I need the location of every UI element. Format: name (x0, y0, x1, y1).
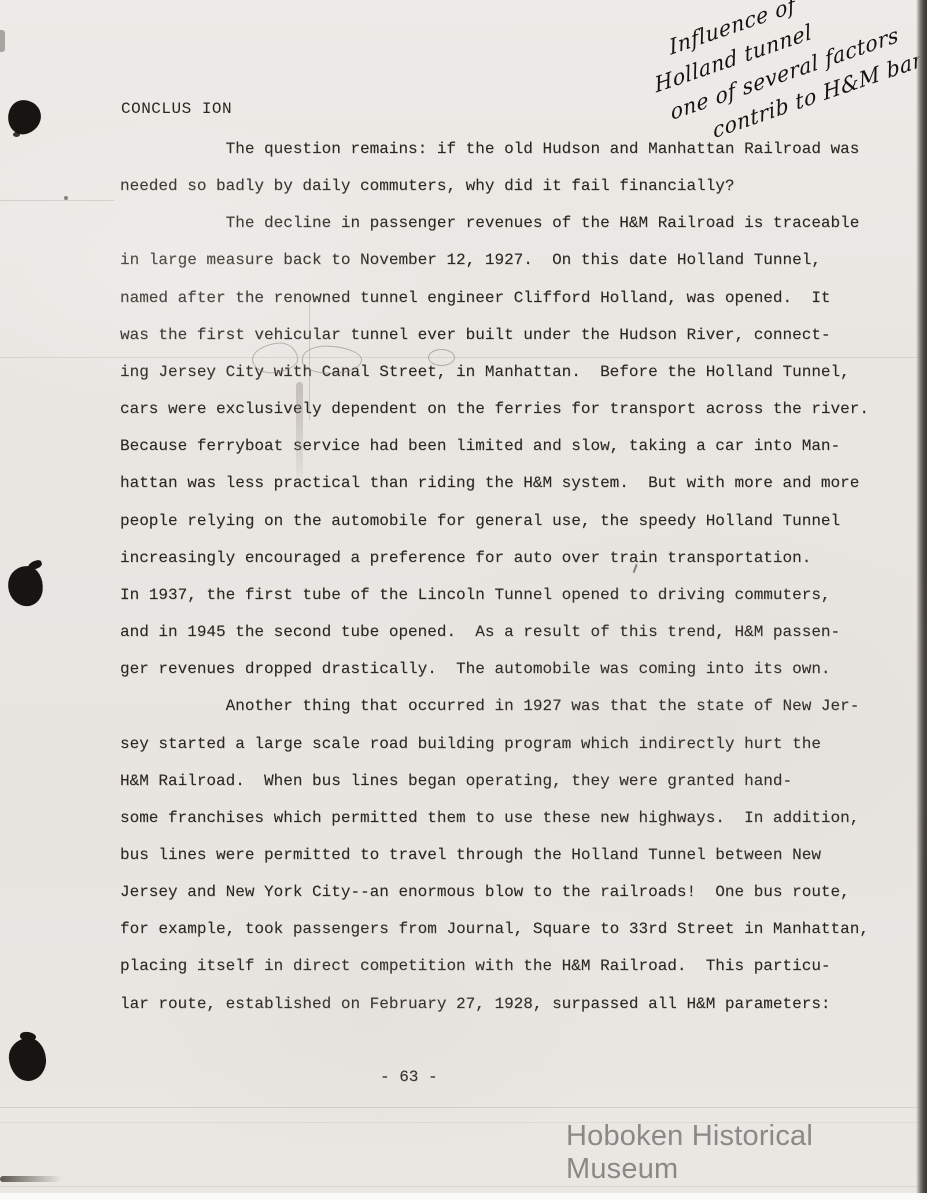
watermark-hoboken-historical-museum: Hoboken Historical Museum (566, 1120, 927, 1186)
body-line: for example, took passengers from Journa… (120, 911, 910, 948)
body-line: in large measure back to November 12, 19… (120, 242, 910, 279)
scan-line (0, 200, 114, 201)
body-line: sey started a large scale road building … (120, 726, 910, 763)
body-line: people relying on the automobile for gen… (120, 503, 910, 540)
body-line: Another thing that occurred in 1927 was … (120, 688, 910, 725)
page-left-edge-mark (0, 30, 5, 52)
scan-line (0, 357, 927, 358)
body-line: lar route, established on February 27, 1… (120, 986, 910, 1023)
page-edge-smudge (0, 1176, 62, 1182)
page-right-edge-shadow (916, 0, 927, 1193)
conclusion-heading: CONCLUS ION (121, 100, 232, 118)
ink-blot-middle-nub (27, 559, 43, 571)
body-line: ing Jersey City with Canal Street, in Ma… (120, 354, 910, 391)
body-line: increasingly encouraged a preference for… (120, 540, 910, 577)
scanned-document-page: Influence of Holland tunnel one of sever… (0, 0, 927, 1200)
body-line: some franchises which permitted them to … (120, 800, 910, 837)
body-line: cars were exclusively dependent on the f… (120, 391, 910, 428)
body-line: needed so badly by daily commuters, why … (120, 168, 910, 205)
body-line: In 1937, the first tube of the Lincoln T… (120, 577, 910, 614)
scan-line (0, 1122, 927, 1123)
body-line: hattan was less practical than riding th… (120, 465, 910, 502)
ink-blot-bottom (8, 1037, 48, 1082)
body-line: was the first vehicular tunnel ever buil… (120, 317, 910, 354)
body-line: named after the renowned tunnel engineer… (120, 280, 910, 317)
paper-crease (309, 300, 310, 420)
page-bottom-edge (0, 1193, 927, 1200)
body-line: placing itself in direct competition wit… (120, 948, 910, 985)
scan-line (0, 1186, 927, 1187)
scan-line (0, 1107, 927, 1108)
body-line: H&M Railroad. When bus lines began opera… (120, 763, 910, 800)
ink-blot-middle (6, 564, 45, 607)
pencil-doodle-oval (428, 349, 455, 366)
ink-blot-top-speck (13, 132, 20, 137)
body-line: The decline in passenger revenues of the… (120, 205, 910, 242)
body-line: bus lines were permitted to travel throu… (120, 837, 910, 874)
page-number: - 63 - (380, 1068, 438, 1086)
body-line: Because ferryboat service had been limit… (120, 428, 910, 465)
pencil-streak (296, 382, 303, 484)
body-line: and in 1945 the second tube opened. As a… (120, 614, 910, 651)
ink-speck (64, 196, 68, 200)
body-line: Jersey and New York City--an enormous bl… (120, 874, 910, 911)
body-line: The question remains: if the old Hudson … (120, 131, 910, 168)
document-body: The question remains: if the old Hudson … (120, 131, 910, 1023)
body-line: ger revenues dropped drastically. The au… (120, 651, 910, 688)
ink-blot-top (6, 98, 44, 137)
